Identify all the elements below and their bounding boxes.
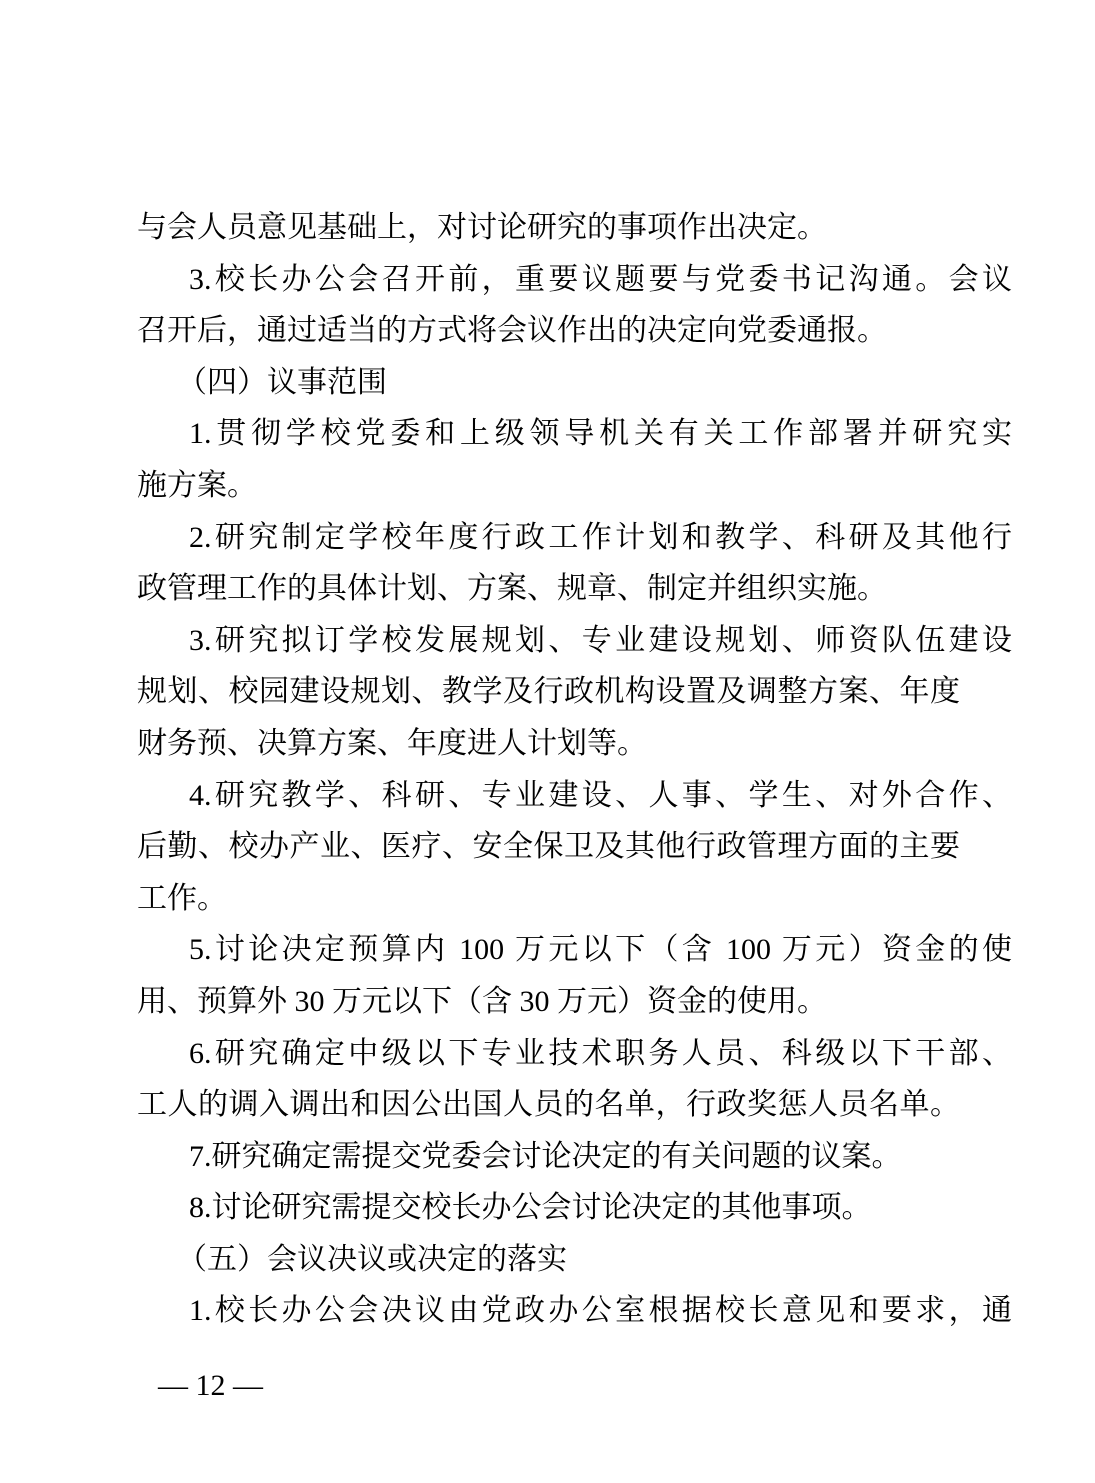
document-line: 用、预算外 30 万元以下（含 30 万元）资金的使用。	[137, 976, 960, 1028]
document-line: 5.讨论决定预算内 100 万元以下（含 100 万元）资金的使	[137, 924, 1012, 976]
page-number: — 12 —	[158, 1366, 263, 1406]
document-line: 后勤、校办产业、医疗、安全保卫及其他行政管理方面的主要	[137, 821, 960, 873]
document-line: 3.研究拟订学校发展规划、专业建设规划、师资队伍建设	[137, 615, 1012, 667]
document-line: 施方案。	[137, 460, 960, 512]
document-page: 与会人员意见基础上，对讨论研究的事项作出决定。3.校长办公会召开前，重要议题要与…	[0, 0, 1095, 1483]
document-line: 8.讨论研究需提交校长办公会讨论决定的其他事项。	[137, 1182, 1012, 1234]
document-line: 1.贯彻学校党委和上级领导机关有关工作部署并研究实	[137, 408, 1012, 460]
document-line: 财务预、决算方案、年度进人计划等。	[137, 718, 960, 770]
document-line: 工作。	[137, 873, 960, 925]
document-line: 4.研究教学、科研、专业建设、人事、学生、对外合作、	[137, 770, 1012, 822]
document-line: 工人的调入调出和因公出国人员的名单，行政奖惩人员名单。	[137, 1079, 960, 1131]
document-line: 1.校长办公会决议由党政办公室根据校长意见和要求，通	[137, 1285, 1012, 1337]
document-line: 与会人员意见基础上，对讨论研究的事项作出决定。	[137, 202, 960, 254]
document-line: 召开后，通过适当的方式将会议作出的决定向党委通报。	[137, 305, 960, 357]
document-line: 2.研究制定学校年度行政工作计划和教学、科研及其他行	[137, 512, 1012, 564]
document-line: 规划、校园建设规划、教学及行政机构设置及调整方案、年度	[137, 666, 960, 718]
document-line: 6.研究确定中级以下专业技术职务人员、科级以下干部、	[137, 1028, 1012, 1080]
document-line: （四）议事范围	[137, 357, 1000, 409]
document-body: 与会人员意见基础上，对讨论研究的事项作出决定。3.校长办公会召开前，重要议题要与…	[137, 202, 960, 1337]
document-line: 政管理工作的具体计划、方案、规章、制定并组织实施。	[137, 563, 960, 615]
document-line: 3.校长办公会召开前，重要议题要与党委书记沟通。会议	[137, 254, 1012, 306]
document-line: （五）会议决议或决定的落实	[137, 1234, 1000, 1286]
document-line: 7.研究确定需提交党委会讨论决定的有关问题的议案。	[137, 1131, 1012, 1183]
